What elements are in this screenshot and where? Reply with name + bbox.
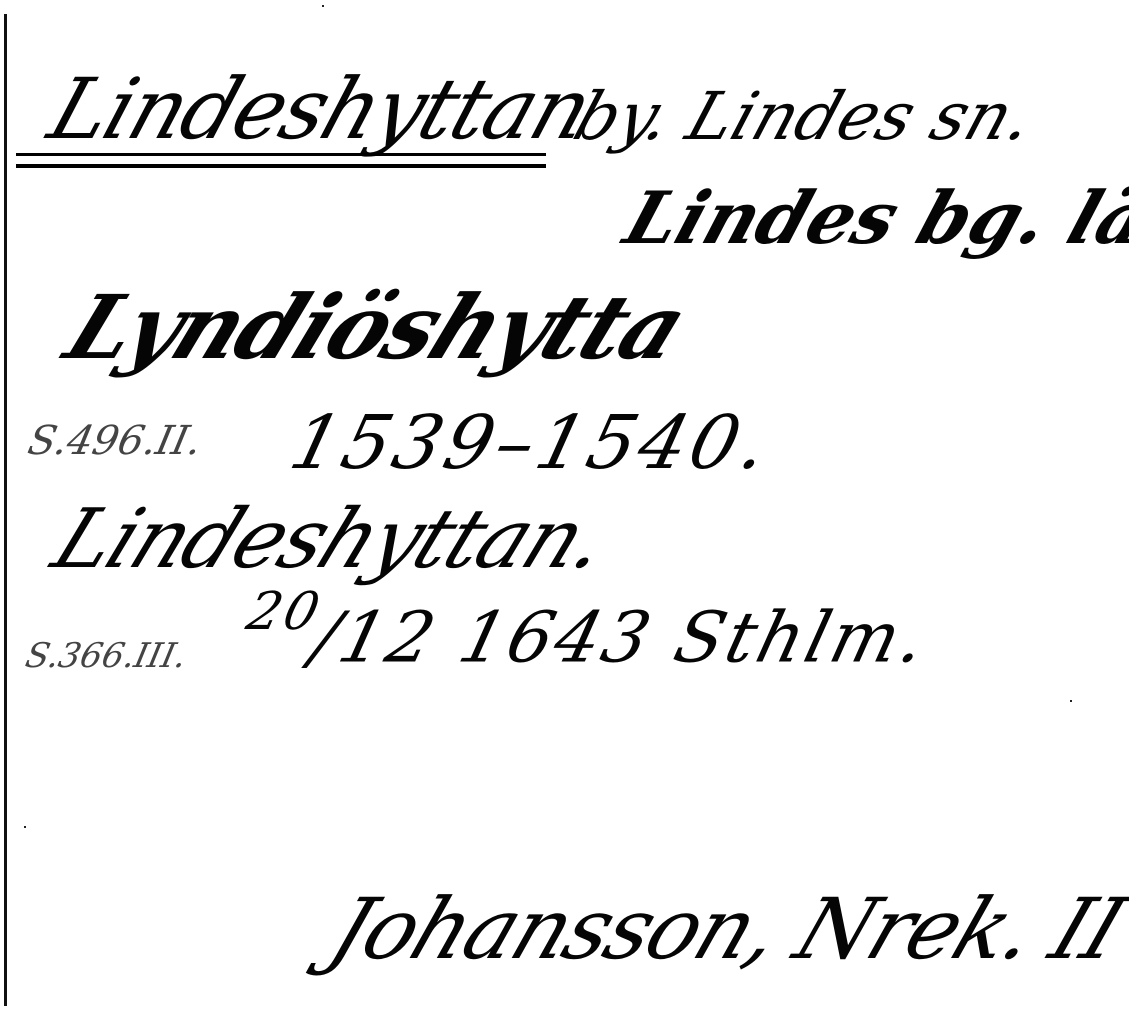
paper-speck bbox=[24, 826, 26, 828]
source-reference-1: S.496.II. bbox=[24, 418, 206, 464]
date-2: 20/12 1643 Sthlm. bbox=[232, 590, 939, 678]
place-name-heading: Lindeshyttan bbox=[38, 60, 602, 158]
historical-form-1: Lyndiöshytta bbox=[52, 275, 701, 379]
paper-speck bbox=[1070, 700, 1072, 702]
date-1: 1539–1540. bbox=[282, 400, 781, 486]
date-2-rest: /12 1643 Sthlm. bbox=[304, 596, 937, 678]
collector-signature: Johansson, Nrek. II o. III. bbox=[318, 880, 1129, 978]
source-reference-2: S.366.III. bbox=[22, 636, 190, 676]
paper-speck bbox=[322, 5, 324, 7]
county-label: Lindes bg. län. bbox=[615, 175, 1129, 260]
village-parish-label: by. Lindes sn. bbox=[565, 78, 1044, 155]
date-2-day: 20 bbox=[241, 582, 328, 642]
historical-form-2: Lindeshyttan. bbox=[40, 492, 622, 587]
heading-underline bbox=[16, 153, 546, 156]
card-left-border bbox=[4, 14, 7, 1006]
index-card: Lindeshyttan by. Lindes sn. Lindes bg. l… bbox=[0, 0, 1129, 1016]
heading-double-underline bbox=[16, 164, 546, 168]
